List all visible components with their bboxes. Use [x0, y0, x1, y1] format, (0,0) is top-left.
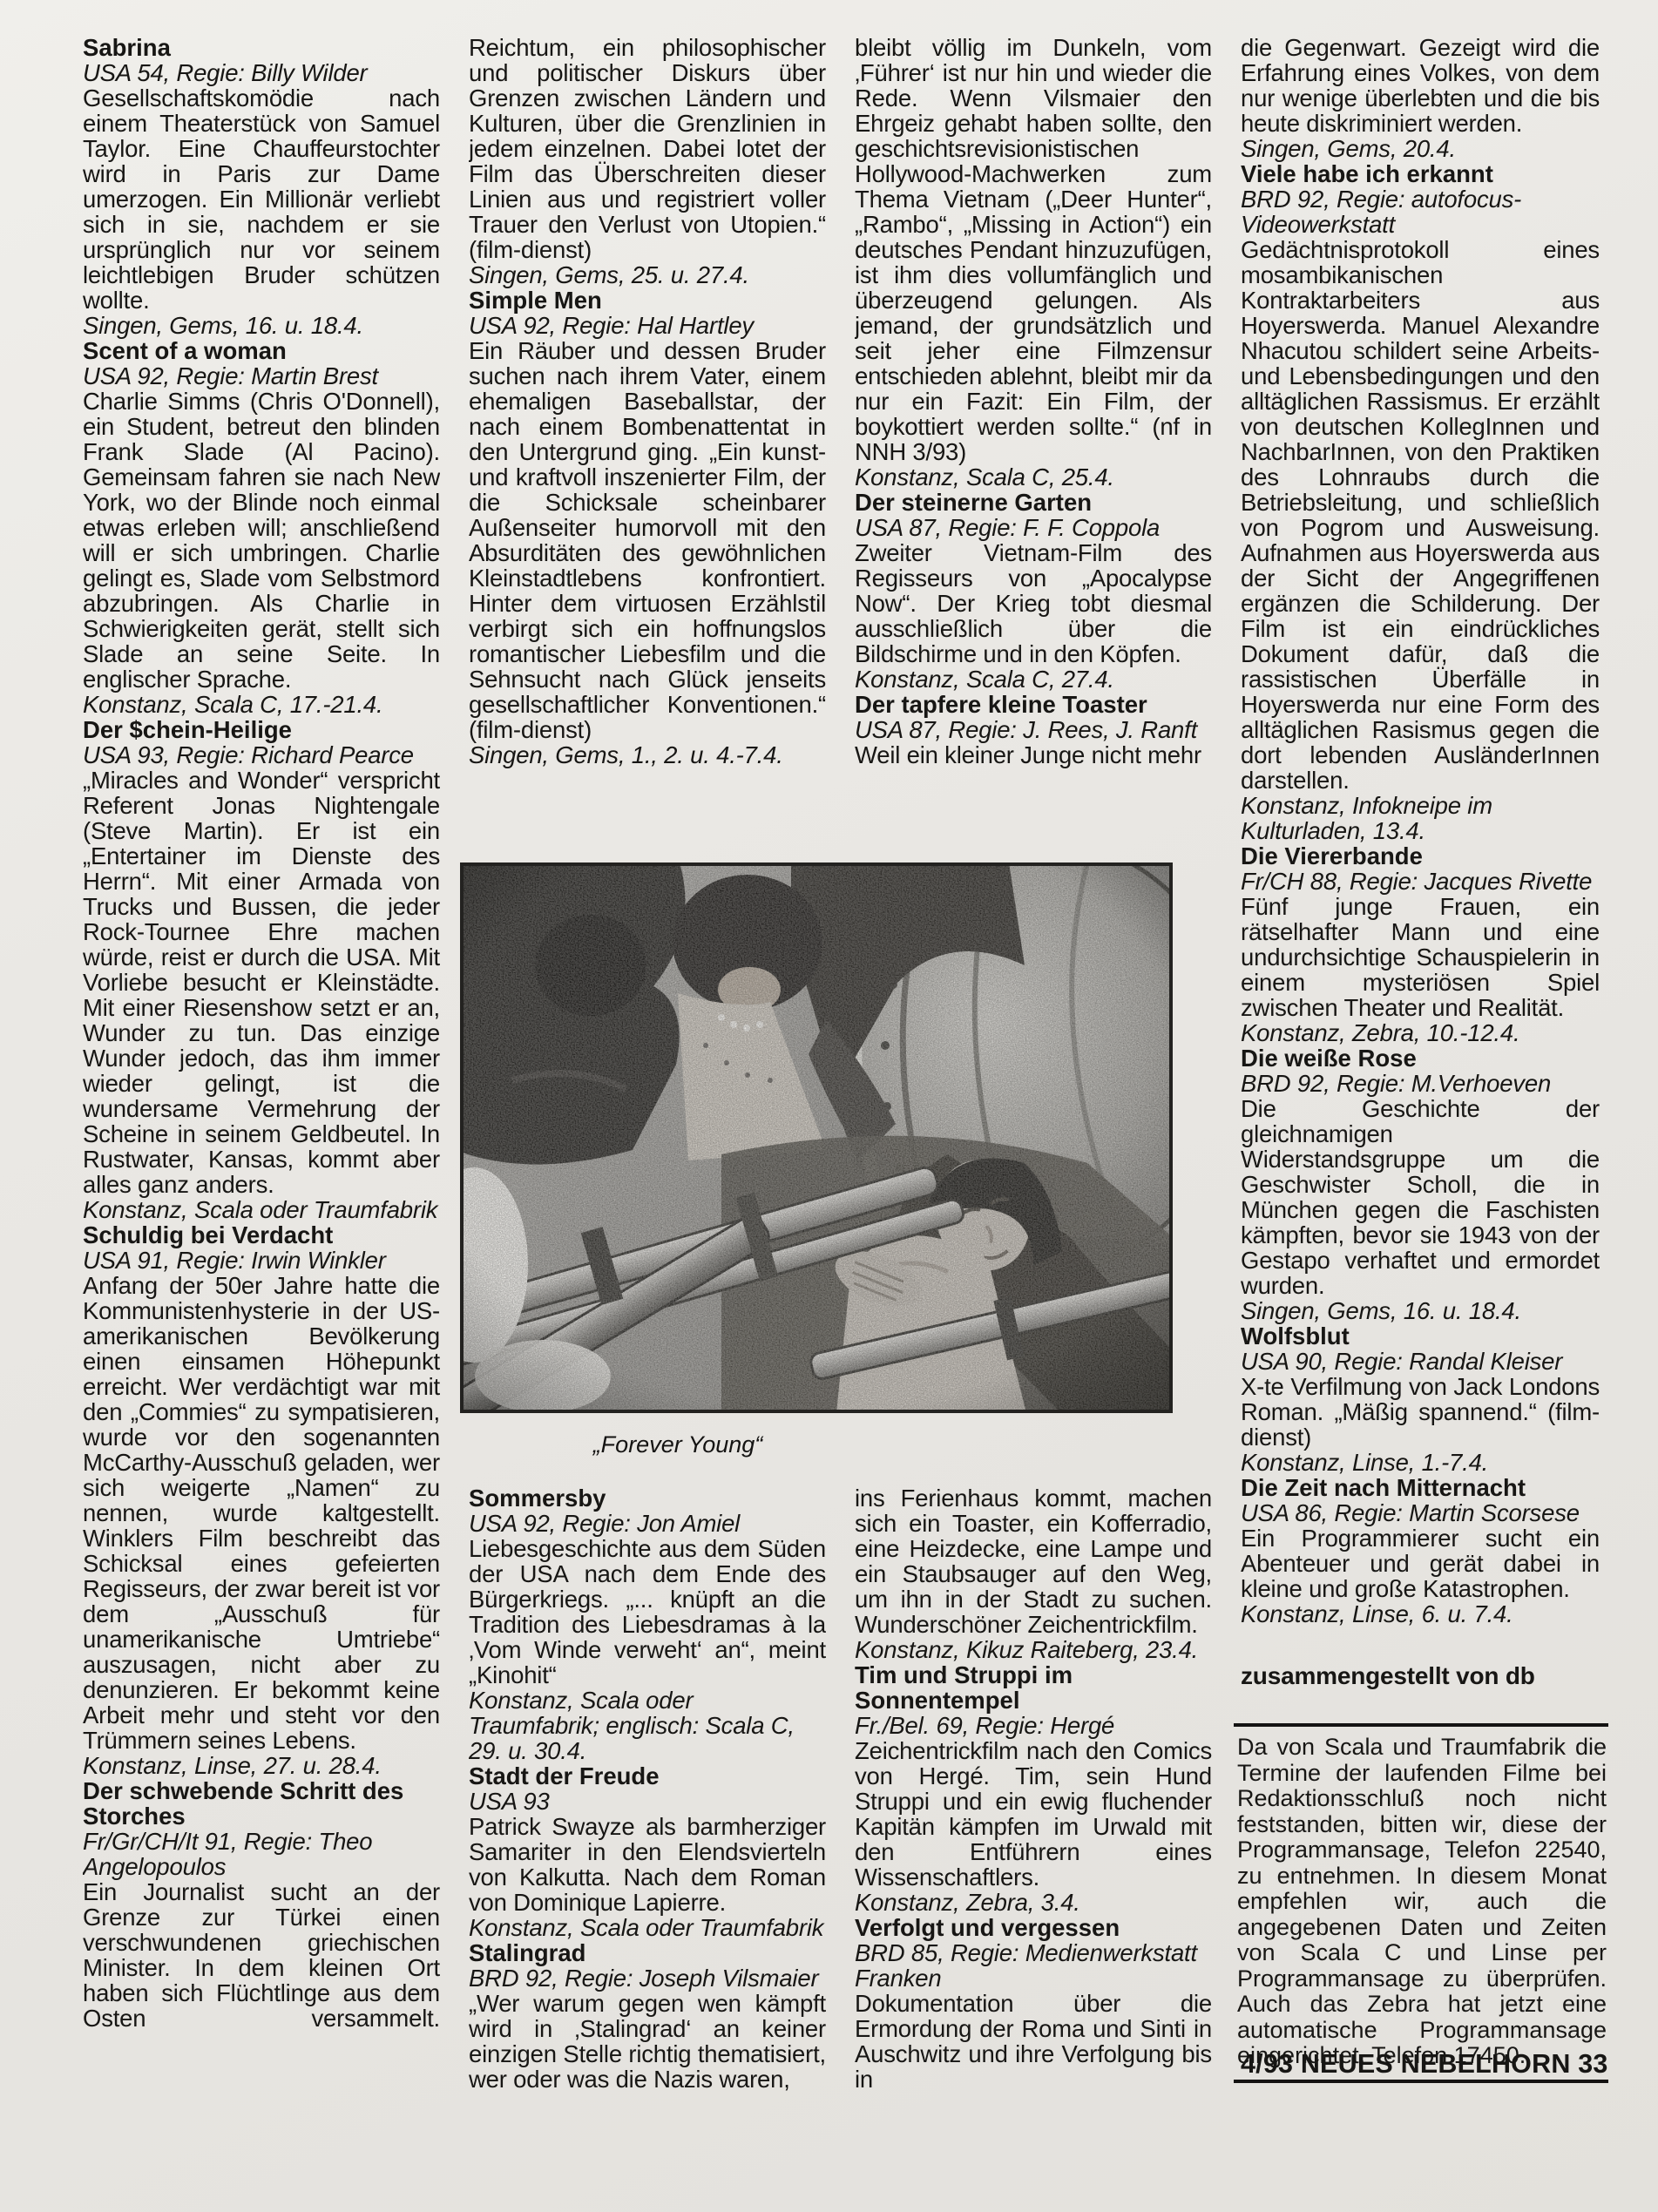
text-block-body: bleibt völlig im Dunkeln, vom ‚Führer‘ i… — [855, 35, 1212, 464]
text-block-credits: USA 92, Regie: Martin Brest — [83, 363, 440, 389]
text-block-venue: Konstanz, Scala oder Traumfabrik — [469, 1915, 826, 1940]
text-block-venue: Konstanz, Kikuz Raiteberg, 23.4. — [855, 1637, 1212, 1662]
text-block-body: Charlie Simms (Chris O'Donnell), ein Stu… — [83, 389, 440, 692]
text-block-title: Der schwebende Schritt des Storches — [83, 1778, 440, 1829]
column-4: die Gegenwart. Gezeigt wird die Erfahrun… — [1241, 35, 1600, 1721]
text-block-title: Sabrina — [83, 35, 440, 60]
text-block-body: Ein Räuber und dessen Bruder suchen nach… — [469, 338, 826, 742]
text-block-credits: Fr./Bel. 69, Regie: Hergé — [855, 1713, 1212, 1738]
text-block-title: Simple Men — [469, 287, 826, 313]
text-block-credits: Fr/Gr/CH/It 91, Regie: Theo Angelopoulos — [83, 1829, 440, 1879]
text-block-credits: BRD 92, Regie: autofocus-Videowerkstatt — [1241, 186, 1600, 237]
text-block-title: Viele habe ich erkannt — [1241, 161, 1600, 186]
text-block-body: X-te Verfilmung von Jack Londons Roman. … — [1241, 1374, 1600, 1450]
text-block-body: Dokumentation über die Ermordung der Rom… — [855, 1991, 1212, 2092]
text-block-credits: USA 93, Regie: Richard Pearce — [83, 742, 440, 768]
text-block-venue: Konstanz, Scala C, 25.4. — [855, 464, 1212, 490]
column-2-bottom: SommersbyUSA 92, Regie: Jon AmielLiebesg… — [469, 1485, 826, 2174]
photo-caption: „Forever Young“ — [460, 1431, 896, 1458]
column-3-top: bleibt völlig im Dunkeln, vom ‚Führer‘ i… — [855, 35, 1212, 845]
text-block-venue: Singen, Gems, 20.4. — [1241, 136, 1600, 161]
text-block-credits: Fr/CH 88, Regie: Jacques Rivette — [1241, 869, 1600, 894]
text-block-credits: USA 87, Regie: J. Rees, J. Ranft — [855, 717, 1212, 742]
text-block-body: Ein Journalist sucht an der Grenze zur T… — [83, 1879, 440, 2034]
column-1: SabrinaUSA 54, Regie: Billy WilderGesell… — [83, 35, 440, 2034]
text-block-title: Die Viererbande — [1241, 843, 1600, 869]
text-block-body: Fünf junge Frauen, ein rätselhafter Mann… — [1241, 894, 1600, 1020]
magazine-page: SabrinaUSA 54, Regie: Billy WilderGesell… — [0, 0, 1658, 2212]
text-block-venue: Konstanz, Scala C, 17.-21.4. — [83, 692, 440, 717]
text-block-body: Anfang der 50er Jahre hatte die Kommunis… — [83, 1273, 440, 1753]
text-block-venue: Konstanz, Zebra, 3.4. — [855, 1890, 1212, 1915]
text-block-title: Verfolgt und vergessen — [855, 1915, 1212, 1940]
text-block-venue: Singen, Gems, 25. u. 27.4. — [469, 262, 826, 287]
text-block-body: Liebesgeschichte aus dem Süden der USA n… — [469, 1536, 826, 1688]
text-block-credits: USA 92, Regie: Jon Amiel — [469, 1511, 826, 1536]
text-block-title: Sommersby — [469, 1485, 826, 1511]
text-block-title: Stalingrad — [469, 1940, 826, 1965]
text-block-venue: Singen, Gems, 1., 2. u. 4.-7.4. — [469, 742, 826, 768]
editorial-note: Da von Scala und Traumfabrik die Termine… — [1234, 1723, 1608, 2083]
text-block-venue: Singen, Gems, 16. u. 18.4. — [83, 313, 440, 338]
text-block-credits: USA 86, Regie: Martin Scorsese — [1241, 1500, 1600, 1525]
text-block-venue: Konstanz, Linse, 1.-7.4. — [1241, 1450, 1600, 1475]
text-block-body: Zweiter Vietnam-Film des Regisseurs von … — [855, 540, 1212, 666]
film-still-photo — [460, 862, 1173, 1413]
text-block-title: Der tapfere kleine Toaster — [855, 692, 1212, 717]
text-block-credits: USA 93 — [469, 1789, 826, 1814]
text-block-title: Tim und Struppi im Sonnentempel — [855, 1662, 1212, 1713]
text-block-credits: BRD 85, Regie: Medienwerkstatt Franken — [855, 1940, 1212, 1991]
text-block-title: Der $chein-Heilige — [83, 717, 440, 742]
text-block-body: Die Geschichte der gleichnamigen Widerst… — [1241, 1096, 1600, 1298]
text-block-credits: USA 92, Regie: Hal Hartley — [469, 313, 826, 338]
text-block-body: Zeichentrickfilm nach den Comics von Her… — [855, 1738, 1212, 1890]
text-block-body: ins Ferienhaus kommt, machen sich ein To… — [855, 1485, 1212, 1637]
text-block-credits: BRD 92, Regie: M.Verhoeven — [1241, 1071, 1600, 1096]
text-block-body: die Gegenwart. Gezeigt wird die Erfahrun… — [1241, 35, 1600, 136]
text-block-title: Scent of a woman — [83, 338, 440, 363]
text-block-body: Reichtum, ein philosophischer und politi… — [469, 35, 826, 262]
text-block-venue: Konstanz, Scala oder Traumfabrik — [83, 1197, 440, 1222]
text-block-title: Stadt der Freude — [469, 1763, 826, 1789]
text-block-venue: Singen, Gems, 16. u. 18.4. — [1241, 1298, 1600, 1323]
text-block-venue: Konstanz, Linse, 27. u. 28.4. — [83, 1753, 440, 1778]
page-footer: 4/93 NEUES NEBELHORN 33 — [1241, 2049, 1624, 2080]
text-block-title: Der steinerne Garten — [855, 490, 1212, 515]
text-block-body: Gedächtnisprotokoll eines mosambikanisch… — [1241, 237, 1600, 793]
column-2-top: Reichtum, ein philosophischer und politi… — [469, 35, 826, 845]
text-block-credits: BRD 92, Regie: Joseph Vilsmaier — [469, 1965, 826, 1991]
column-3-bottom: ins Ferienhaus kommt, machen sich ein To… — [855, 1485, 1212, 2174]
text-block-title: Schuldig bei Verdacht — [83, 1222, 440, 1248]
text-block-credits: USA 90, Regie: Randal Kleiser — [1241, 1349, 1600, 1374]
text-block-body: Gesellschaftskomödie nach einem Theaters… — [83, 85, 440, 313]
text-block-credits: USA 54, Regie: Billy Wilder — [83, 60, 440, 85]
text-block-title: Wolfsblut — [1241, 1323, 1600, 1349]
text-block-venue: Konstanz, Scala C, 27.4. — [855, 666, 1212, 692]
text-block-venue: Konstanz, Zebra, 10.-12.4. — [1241, 1020, 1600, 1045]
text-block-venue: Konstanz, Linse, 6. u. 7.4. — [1241, 1601, 1600, 1627]
text-block-credits: USA 87, Regie: F. F. Coppola — [855, 515, 1212, 540]
text-block-compiled: zusammengestellt von db — [1241, 1663, 1600, 1688]
text-block-title: Die weiße Rose — [1241, 1045, 1600, 1071]
text-block-body: Ein Programmierer sucht ein Abenteuer un… — [1241, 1525, 1600, 1601]
text-block-body: „Miracles and Wonder“ verspricht Referen… — [83, 768, 440, 1197]
text-block-credits: USA 91, Regie: Irwin Winkler — [83, 1248, 440, 1273]
text-block-body: Patrick Swayze als barmherziger Samarite… — [469, 1814, 826, 1915]
text-block-title: Die Zeit nach Mitternacht — [1241, 1475, 1600, 1500]
text-block-venue: Konstanz, Scala oder Traumfabrik; englis… — [469, 1688, 826, 1763]
text-block-body: Weil ein kleiner Junge nicht mehr — [855, 742, 1212, 768]
text-block-body: „Wer warum gegen wen kämpft wird in ‚Sta… — [469, 1991, 826, 2092]
text-block-venue: Konstanz, Infokneipe im Kulturladen, 13.… — [1241, 793, 1600, 843]
